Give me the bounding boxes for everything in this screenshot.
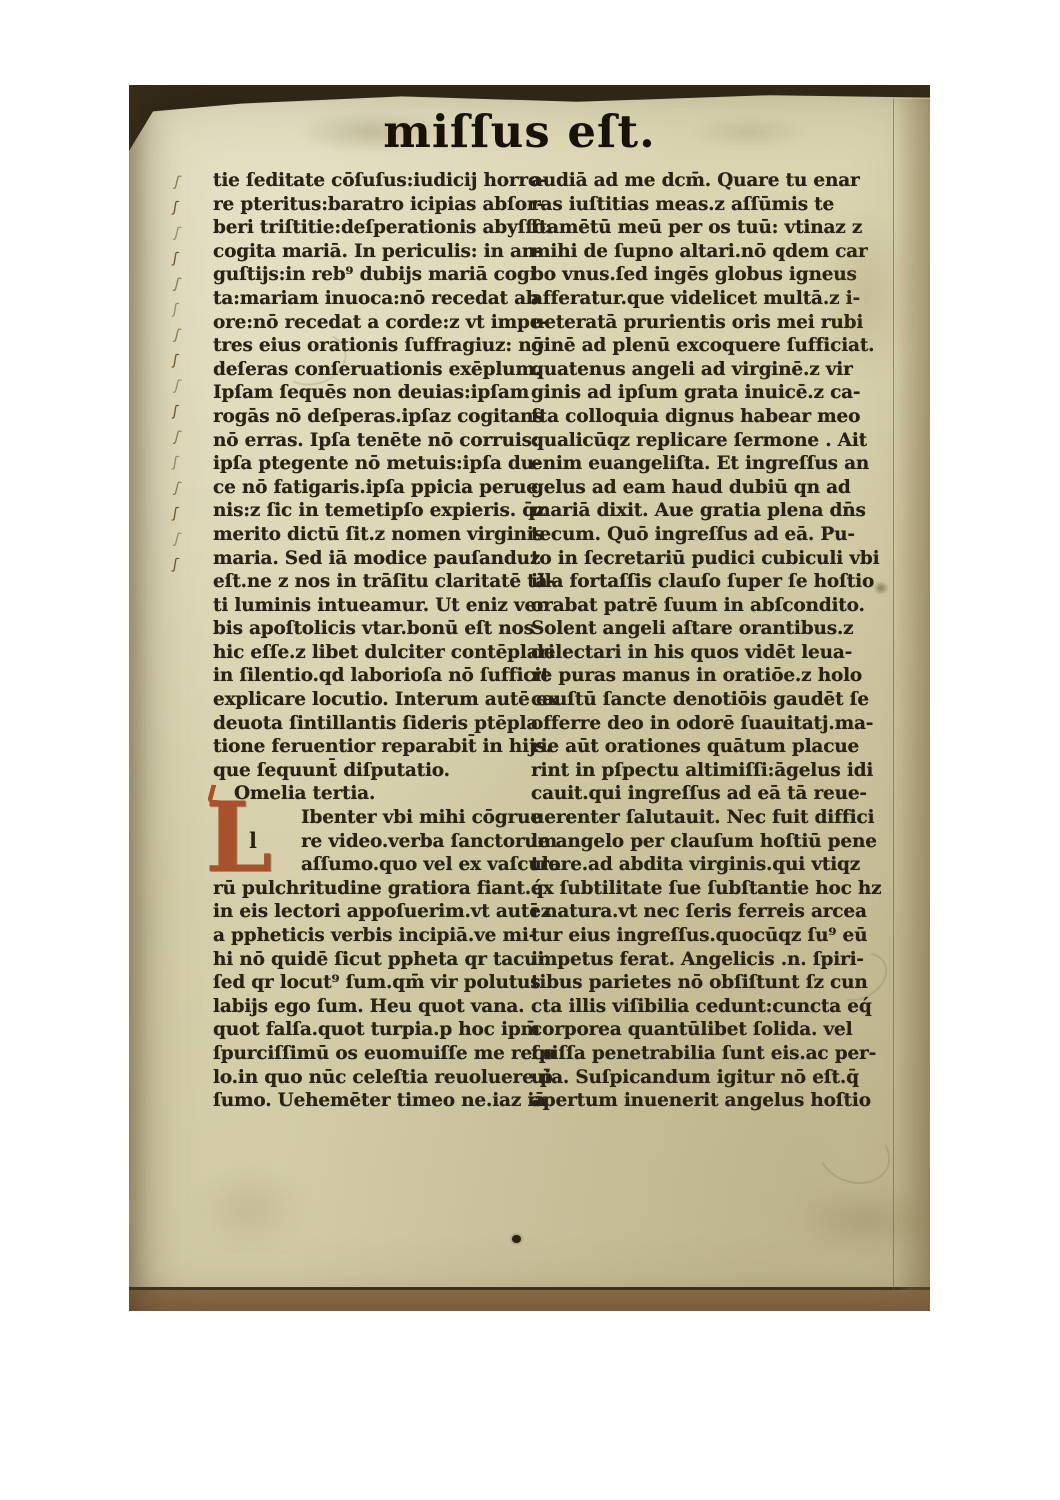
text-line: in eis lectori appoſuerim.vt autez: [213, 900, 535, 924]
text-line: tibus parietes nō obſiſtunt ſz cun: [531, 971, 877, 995]
pen-mark-icon: ʃ: [173, 428, 182, 445]
pen-mark-icon: ʃ: [172, 351, 179, 368]
show-through-flourish: [809, 1114, 898, 1194]
text-line: lo.in quo nūc celeſtia reuoluere p̄: [213, 1066, 535, 1090]
pen-mark-icon: ʃ: [172, 300, 179, 317]
text-line: ore:nō recedat a corde:z vt impe-: [213, 311, 535, 335]
text-line: ſtamētū meū per os tuū: vtinaz z: [531, 216, 877, 240]
pen-mark-icon: ʃ: [172, 402, 179, 419]
text-line: rie aūt orationes quātum placue: [531, 735, 877, 759]
text-line: cauit.qui ingreſſus ad eā tā reue-: [531, 782, 877, 806]
text-line: re puras manus in oratiōe.z holo: [531, 664, 877, 688]
text-line: Ipſam ſequēs non deuias:ipſam: [213, 381, 535, 405]
text-line: ex ſubtilitate ſue ſubſtantie hoc hz: [531, 877, 877, 901]
pen-mark-icon: ʃ: [172, 453, 179, 470]
text-line: merito dictū ſit.z nomen virginis: [213, 523, 535, 547]
text-line: mariā dixit. Aue gratia plena dn̄s: [531, 499, 877, 523]
pen-mark-icon: ʃ: [172, 504, 179, 521]
pen-mark-icon: ʃ: [172, 198, 179, 215]
guide-letter: l: [249, 830, 257, 851]
text-line: ta:mariam inuoca:nō recedat ab: [213, 287, 535, 311]
text-line: tecum. Quō ingreſſus ad eā. Pu-: [531, 523, 877, 547]
text-line: hi nō quidē ſicut ppheta qr tacui.: [213, 948, 535, 972]
text-line: impetus ferat. Angelicis .n. ſpiri-: [531, 948, 877, 972]
text-line: tie ſeditate cōſuſus:iudicij horro-: [213, 169, 535, 193]
text-line: guſtijs:in reb⁹ dubijs mariā cogi: [213, 263, 535, 287]
pen-mark-icon: ʃ: [173, 224, 182, 241]
right-column-text: audiā ad me dcm̄. Quare tu enarras iuſti…: [531, 169, 877, 1113]
text-line: tres eius orationis ſuffragiuz: nō: [213, 334, 535, 358]
text-line: deuota ſintillantis ſideris ptēpla: [213, 712, 535, 736]
left-column: tie ſeditate cōſuſus:iudicij horro-re pt…: [213, 169, 535, 1113]
text-line: nis:z ſic in temetipſo expieris. q̄z: [213, 499, 535, 523]
text-line: ginē ad plenū excoquere ſufficiat.: [531, 334, 877, 358]
fore-edge: [893, 99, 930, 1290]
text-line: ueteratā prurientis oris mei rubi: [531, 311, 877, 335]
text-line: cogita mariā. In periculis: in an-: [213, 240, 535, 264]
text-line: nō erras. Ipſa tenēte nō corruis:: [213, 429, 535, 453]
text-line: a ppheticis verbis incipiā.ve mi-: [213, 924, 535, 948]
text-line: bo vnus.ſed ingēs globus igneus: [531, 263, 877, 287]
text-line: ſpiſſa penetrabilia ſunt eis.ac per-: [531, 1042, 877, 1066]
text-line: tione feruentior reparabit̄ in hijs.: [213, 735, 535, 759]
pen-mark-icon: ʃ: [173, 173, 182, 190]
pen-mark-icon: ʃ: [173, 479, 182, 496]
text-line: ſumo. Uehemēter timeo ne.iaz iā: [213, 1089, 535, 1113]
text-line: labijs ego ſum. Heu quot vana.: [213, 995, 535, 1019]
text-line: qualicūqz replicare ſermone . Ait: [531, 429, 877, 453]
text-line: to in ſecretariū pudici cubiculi vbi: [531, 547, 877, 571]
text-line: ſed qr locut⁹ ſum.qm̄ vir polutus: [213, 971, 535, 995]
text-line: trare.ad abdita virginis.qui vtiqz: [531, 853, 877, 877]
left-column-text: tie ſeditate cōſuſus:iudicij horro-re pt…: [213, 169, 535, 782]
right-column: audiā ad me dcm̄. Quare tu enarras iuſti…: [531, 169, 877, 1113]
text-line: ginis ad ipſum grata inuicē.z ca-: [531, 381, 877, 405]
text-line: eſt.ne z nos in trāſitu claritatē tā-: [213, 570, 535, 594]
text-line: ras iuſtitias meas.z aſſūmis te: [531, 193, 877, 217]
text-line: explicare locutio. Interum autē ex: [213, 688, 535, 712]
pen-mark-icon: ʃ: [173, 275, 182, 292]
text-line: re pteritus:baratro icipias abſor-: [213, 193, 535, 217]
text-line: offerre deo in odorē ſuauitatj.ma-: [531, 712, 877, 736]
text-line: corporea quantūlibet ſolida. vel: [531, 1018, 877, 1042]
text-line: ipſa ptegente nō metuis:ipſa du-: [213, 452, 535, 476]
text-line: uerenter ſalutauit. Nec fuit diffici: [531, 806, 877, 830]
text-line: quot falſa.quot turpia.p hoc ipm̄: [213, 1018, 535, 1042]
text-line: gelus ad eam haud dubiū qn ad: [531, 476, 877, 500]
page-header-title: miſſus eſt.: [129, 105, 920, 158]
text-line: ſta colloquia dignus habear meo: [531, 405, 877, 429]
homily-paragraph: L l Ibenter vbi mihi cōgruere video.verb…: [213, 806, 535, 1113]
text-line: ī natura.vt nec ſeris ferreis arcea: [531, 900, 877, 924]
text-line: bis apoſtolicis vtar.bonū eſt nos: [213, 617, 535, 641]
text-line: tur eius ingreſſus.quocūqz ſu⁹ eū: [531, 924, 877, 948]
text-line: Solent angeli aſtare orantibus.z: [531, 617, 877, 641]
text-line: audiā ad me dcm̄. Quare tu enar: [531, 169, 877, 193]
pen-marks: ʃʃʃʃʃʃʃʃʃʃʃʃʃʃʃʃ: [173, 173, 178, 572]
text-line: quatenus angeli ad virginē.z vir: [531, 358, 877, 382]
text-line: uia. Suſpicandum igitur nō eſt.q̄: [531, 1066, 877, 1090]
text-line: orabat patrē ſuum in abſcondito.: [531, 594, 877, 618]
text-line: ſpurciſſimū os euomuiſſe me reco: [213, 1042, 535, 1066]
pen-mark-icon: ʃ: [173, 377, 182, 394]
text-line: que ſequunt̄ diſputatio.: [213, 759, 535, 783]
text-line: afferatur.que videlicet multā.z i-: [531, 287, 877, 311]
text-line: mihi de ſupno altari.nō qdem car: [531, 240, 877, 264]
text-line: rint in pſpectu altimiſſi:āgelus idi: [531, 759, 877, 783]
worm-hole: [512, 1235, 521, 1243]
pen-mark-icon: ʃ: [173, 530, 182, 547]
pen-mark-icon: ʃ: [173, 326, 182, 343]
text-line: hic eſſe.z libet dulciter contēplari: [213, 641, 535, 665]
text-line: ti luminis intueamur. Ut eniz ver: [213, 594, 535, 618]
text-line: cauſtū ſancte denotiōis gaudēt ſe: [531, 688, 877, 712]
text-line: cta illis viſibilia cedunt:cuncta eq́: [531, 995, 877, 1019]
text-line: enim euangeliſta. Et ingreſſus an: [531, 452, 877, 476]
pen-mark-icon: ʃ: [172, 555, 179, 572]
text-line: beri triſtitie:deſperationis abyſſo:: [213, 216, 535, 240]
text-line: ce nō fatigaris.ipſa ppicia perue: [213, 476, 535, 500]
pen-mark-icon: ʃ: [172, 249, 179, 266]
text-line: apertum inuenerit angelus hoſtio: [531, 1089, 877, 1113]
text-line: in ſilentio.qd laborioſa nō ſufficit: [213, 664, 535, 688]
text-line: deſeras conſeruationis exēplum.: [213, 358, 535, 382]
text-line: le angelo per clauſum hoſtiū pene: [531, 830, 877, 854]
table-edge-bottom: [129, 1287, 930, 1311]
book-photo: miſſus eſt. ʃʃʃʃʃʃʃʃʃʃʃʃʃʃʃʃ tie ſeditat…: [129, 85, 930, 1311]
text-line: maria. Sed iā modice pauſanduz: [213, 547, 535, 571]
text-line: illa fortaſſis clauſo ſuper ſe hoſtio: [531, 570, 877, 594]
text-line: rogās nō deſperas.ipſaz cogitans: [213, 405, 535, 429]
text-line: delectari in his quos vidēt leua-: [531, 641, 877, 665]
page-stain: [189, 1165, 309, 1255]
